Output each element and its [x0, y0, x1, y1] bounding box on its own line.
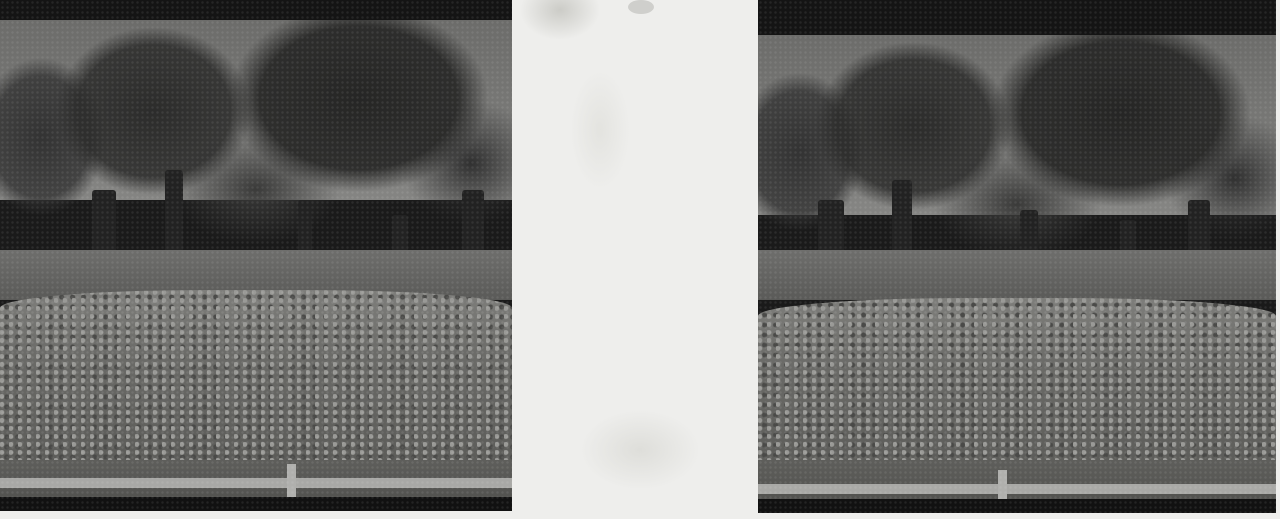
- flowering-shrubs: [758, 298, 1276, 473]
- bottom-border: [758, 499, 1276, 513]
- fence-rail: [758, 484, 1276, 494]
- fence-rail: [0, 478, 512, 488]
- top-border: [0, 0, 512, 20]
- stereograph-card: [0, 0, 1280, 519]
- fence-post: [287, 464, 296, 498]
- tree-canopy: [0, 20, 512, 280]
- left-photo-panel: [0, 0, 512, 511]
- flowering-shrubs: [0, 290, 512, 465]
- emulsion-chip: [628, 0, 654, 14]
- park-path: [758, 250, 1276, 300]
- top-border: [758, 0, 1276, 35]
- bottom-border: [0, 497, 512, 511]
- right-photo-panel: [758, 0, 1276, 513]
